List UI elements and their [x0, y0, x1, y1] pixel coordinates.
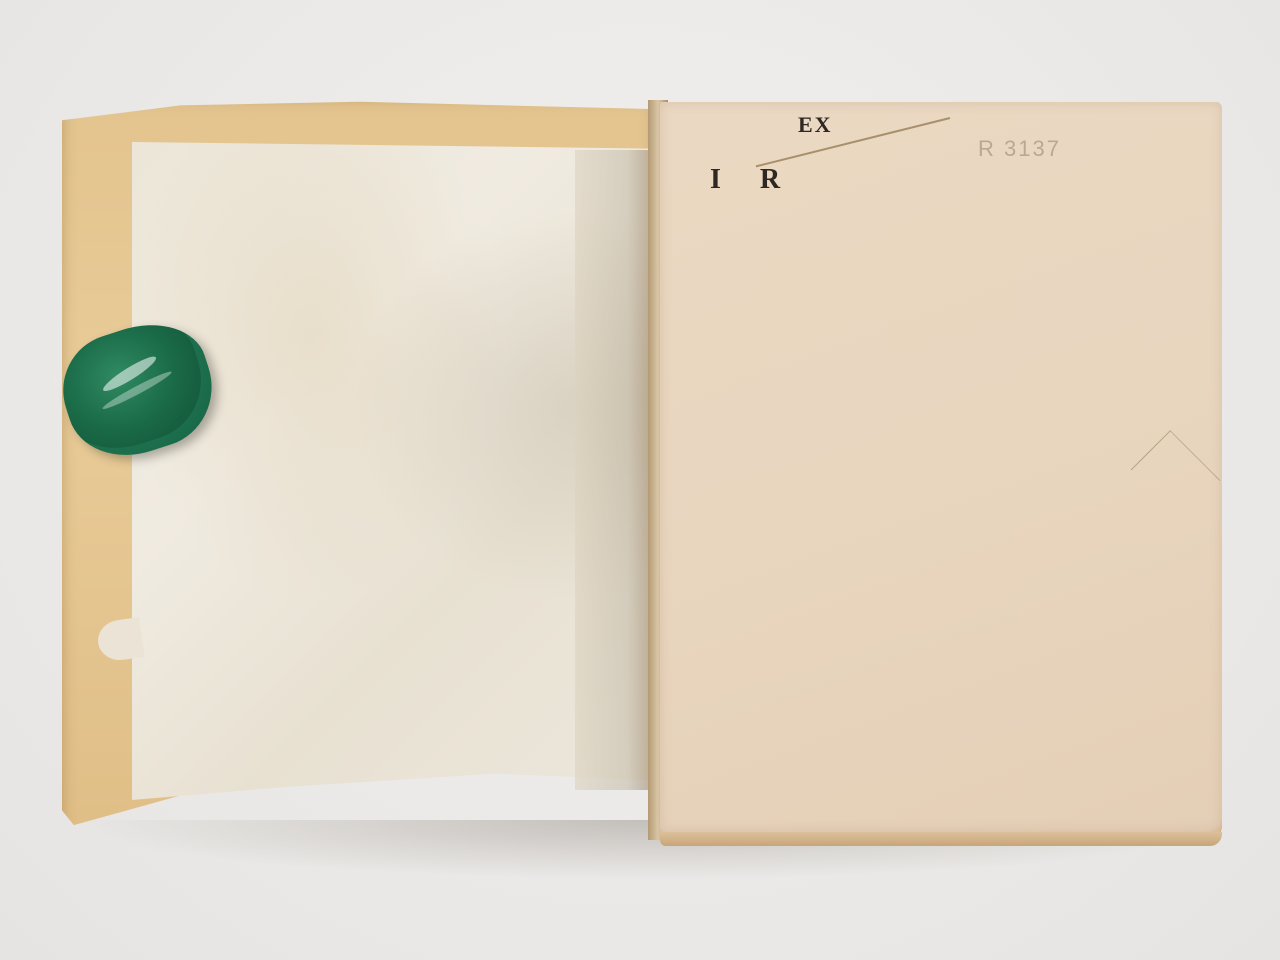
front-pastedown-paper: [132, 142, 650, 800]
torn-edge: [756, 117, 951, 167]
title-page: EX I R R 3137: [660, 102, 1222, 832]
title-fragment-i: I R: [710, 164, 796, 196]
page-crease: [1131, 430, 1221, 520]
text-block-edge: [660, 832, 1222, 846]
title-fragment-ex: EX: [798, 112, 833, 138]
gutter-shadow: [575, 150, 650, 790]
pencil-shelfmark: R 3137: [978, 136, 1061, 162]
